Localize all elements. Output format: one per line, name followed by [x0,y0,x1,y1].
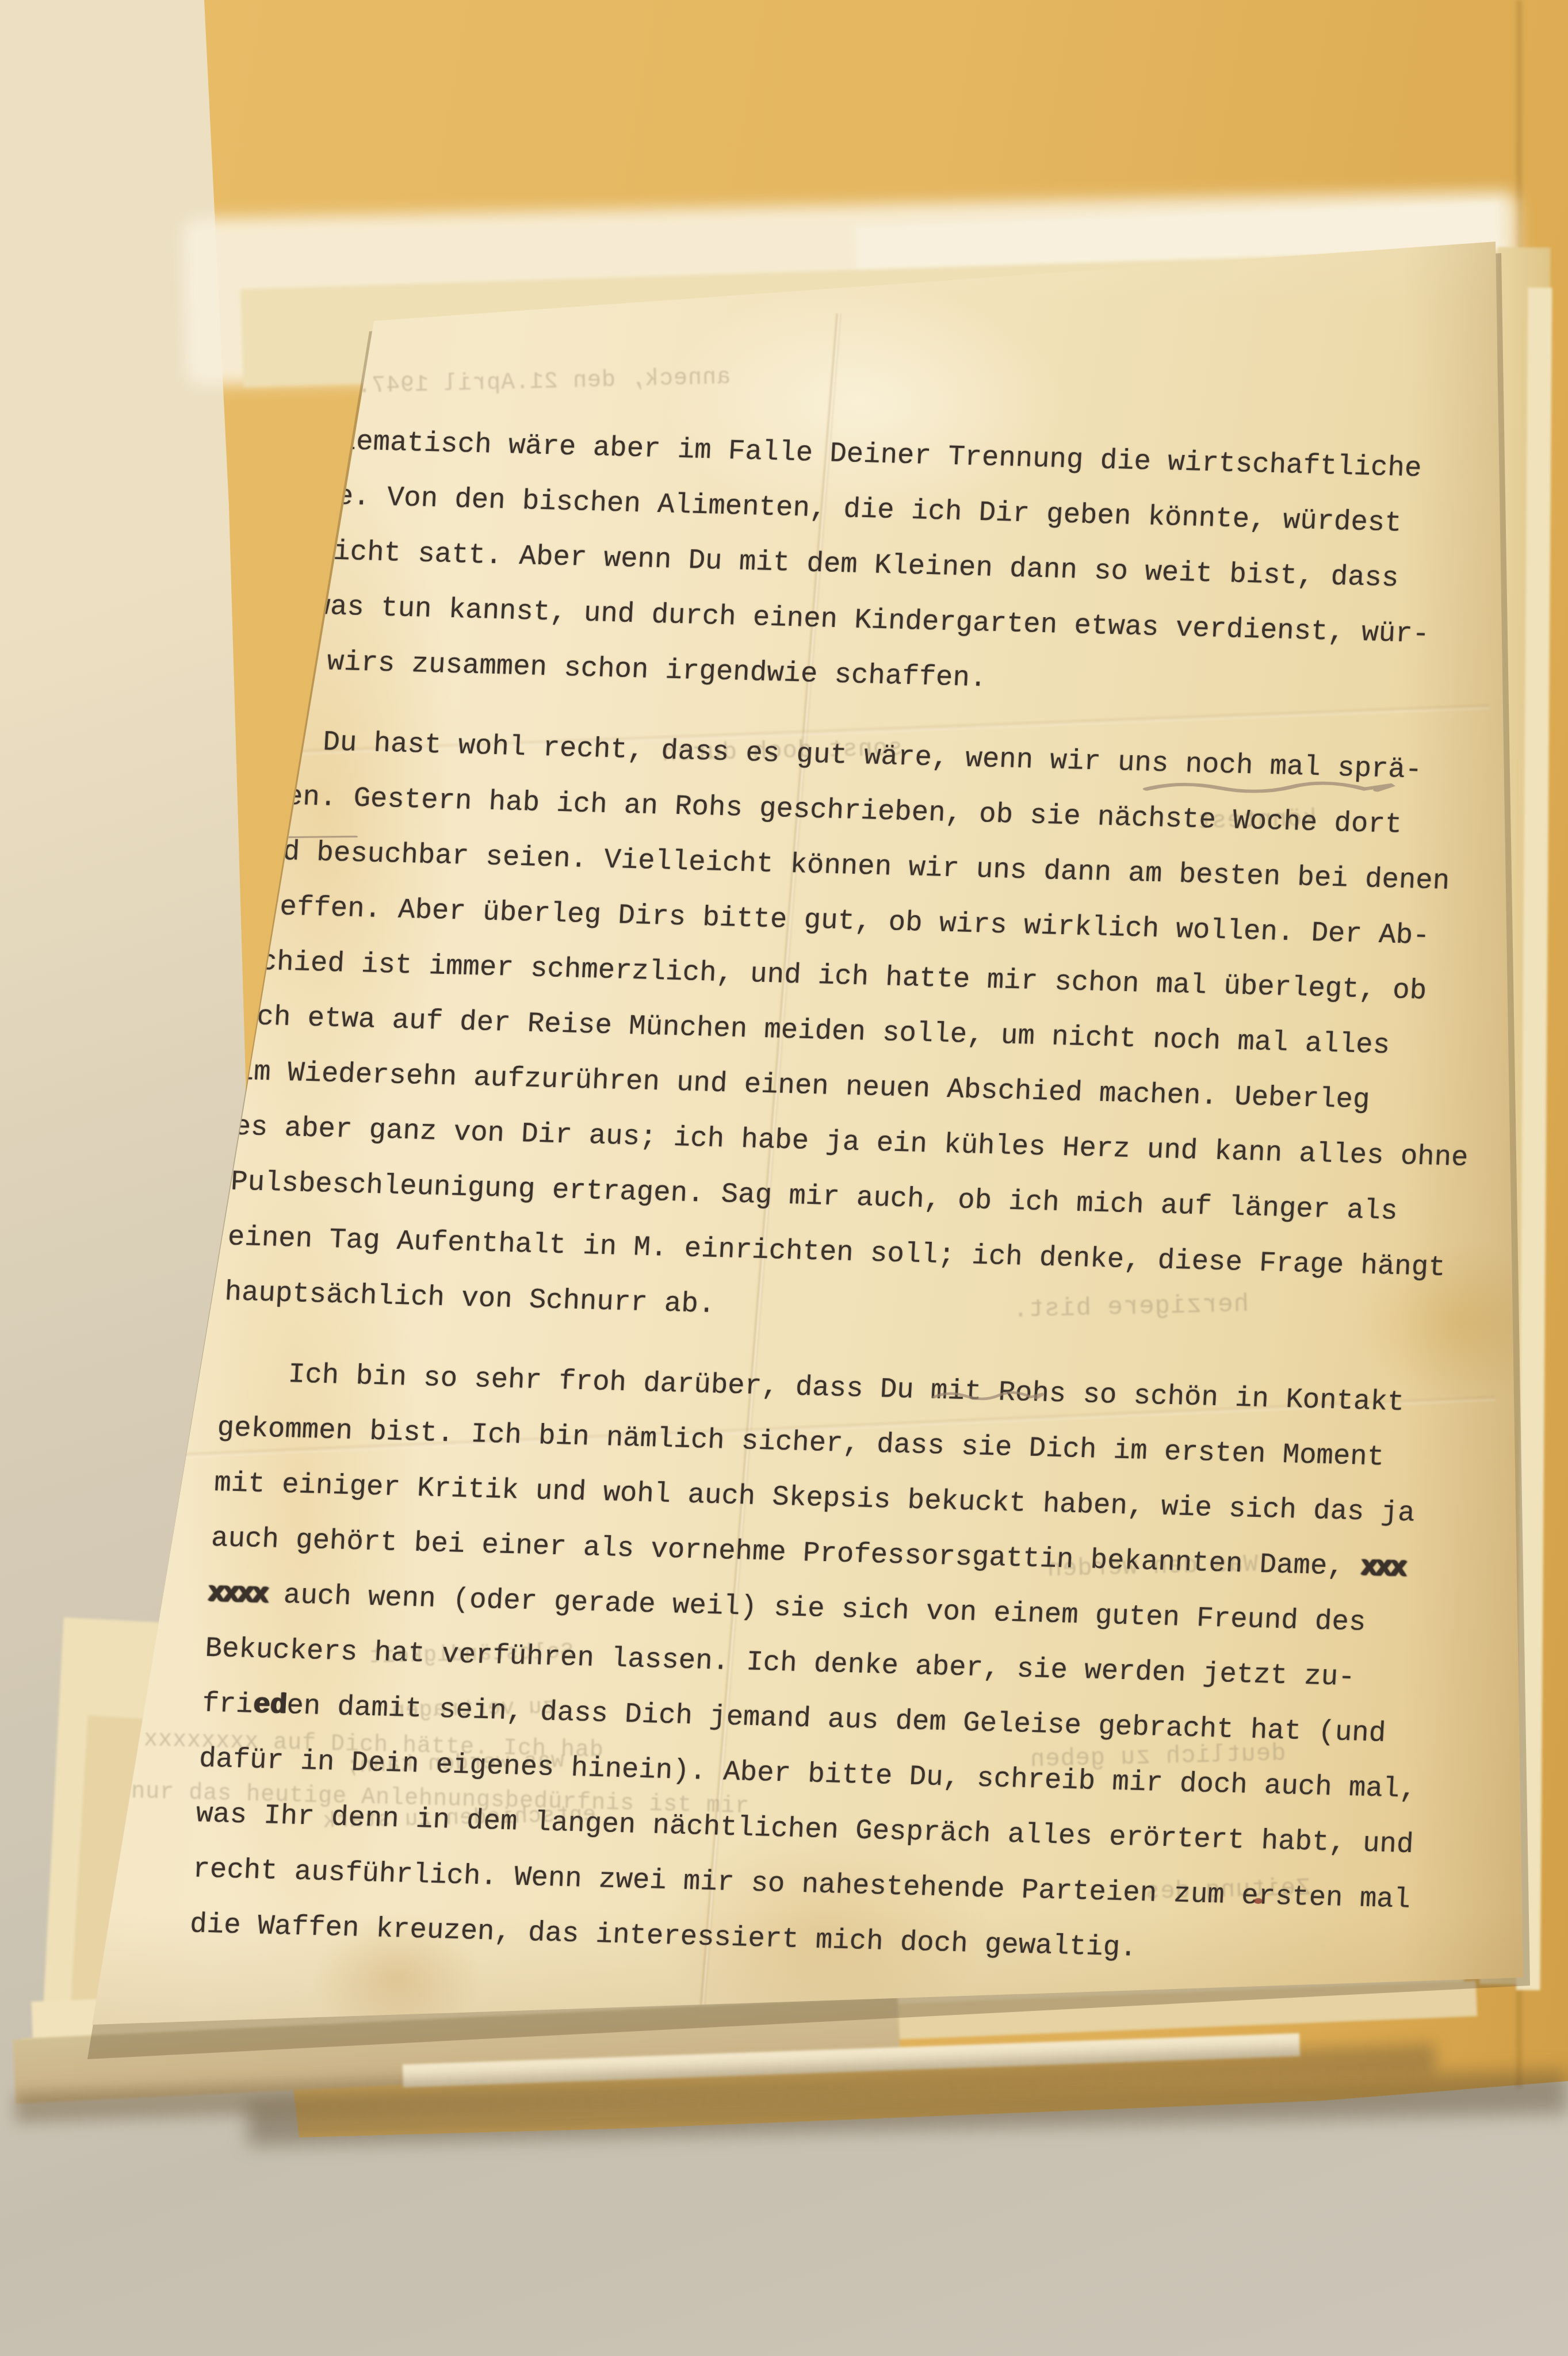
letter-paragraph: Du hast wohl recht, dass es gut wäre, we… [223,713,1521,1352]
letter-paragraph: Ich bin so sehr froh darüber, dass Du mi… [189,1345,1487,1984]
typed-text: fri [201,1688,254,1721]
typed-strike-text: xxxx [207,1577,267,1611]
pencil-mark-underline-noch-mal-sprae [1142,777,1401,797]
typed-text: den wirs zusammen schon irgendwie schaff… [259,644,988,695]
typed-strike-text: xxx [1360,1551,1406,1585]
ghost-text: anneck, den 21.April 1947. [357,365,731,400]
typed-overtype-text: ed [252,1689,288,1722]
letter-text: Problematisch wäre aber im Falle Deiner … [189,412,1539,1984]
pencil-mark-underline-rohs [932,1387,1047,1403]
letter-paragraph: Problematisch wäre aber im Falle Deiner … [258,412,1539,720]
typed-text: hauptsächlich von Schnurr ab. [224,1276,716,1321]
red-speck [1254,1898,1263,1904]
photo-canvas: anneck, den 21.April 1947.sonst doch dur… [0,0,1568,2356]
